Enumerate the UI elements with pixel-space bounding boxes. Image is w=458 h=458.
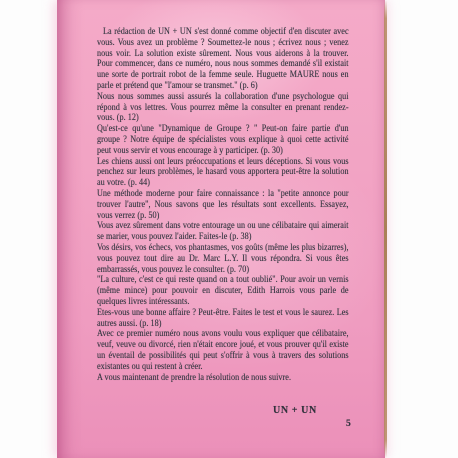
page-gutter-shadow xyxy=(57,0,85,458)
book-page: La rédaction de UN + UN s'est donné comm… xyxy=(57,0,385,458)
page-text-block: La rédaction de UN + UN s'est donné comm… xyxy=(97,27,349,383)
paragraph-2: Nous nous sommes aussi assurés la collab… xyxy=(97,92,349,124)
paragraph-11: A vous maintenant de prendre la résoluti… xyxy=(97,373,349,384)
page-number: 5 xyxy=(346,419,351,429)
paragraph-5: Une méthode moderne pour faire connaissa… xyxy=(97,189,349,221)
paragraph-7: Vos désirs, vos échecs, vos phantasmes, … xyxy=(97,243,349,275)
paragraph-8: "La culture, c'est ce qui reste quand on… xyxy=(97,275,349,307)
paragraph-10: Avec ce premier numéro nous avons voulu … xyxy=(97,329,349,372)
magazine-signature: UN + UN xyxy=(273,405,317,416)
paragraph-1: La rédaction de UN + UN s'est donné comm… xyxy=(97,27,349,92)
paragraph-6: Vous avez sûrement dans votre entourage … xyxy=(97,221,349,243)
scanned-book-photo: La rédaction de UN + UN s'est donné comm… xyxy=(0,0,458,458)
book-fore-edge xyxy=(384,0,387,458)
paragraph-9: Etes-vous une bonne affaire ? Peut-être.… xyxy=(97,308,349,330)
paragraph-3: Qu'est-ce qu'une "Dynamique de Groupe ? … xyxy=(97,124,349,156)
paragraph-4: Les chiens aussi ont leurs préoccupation… xyxy=(97,157,349,189)
